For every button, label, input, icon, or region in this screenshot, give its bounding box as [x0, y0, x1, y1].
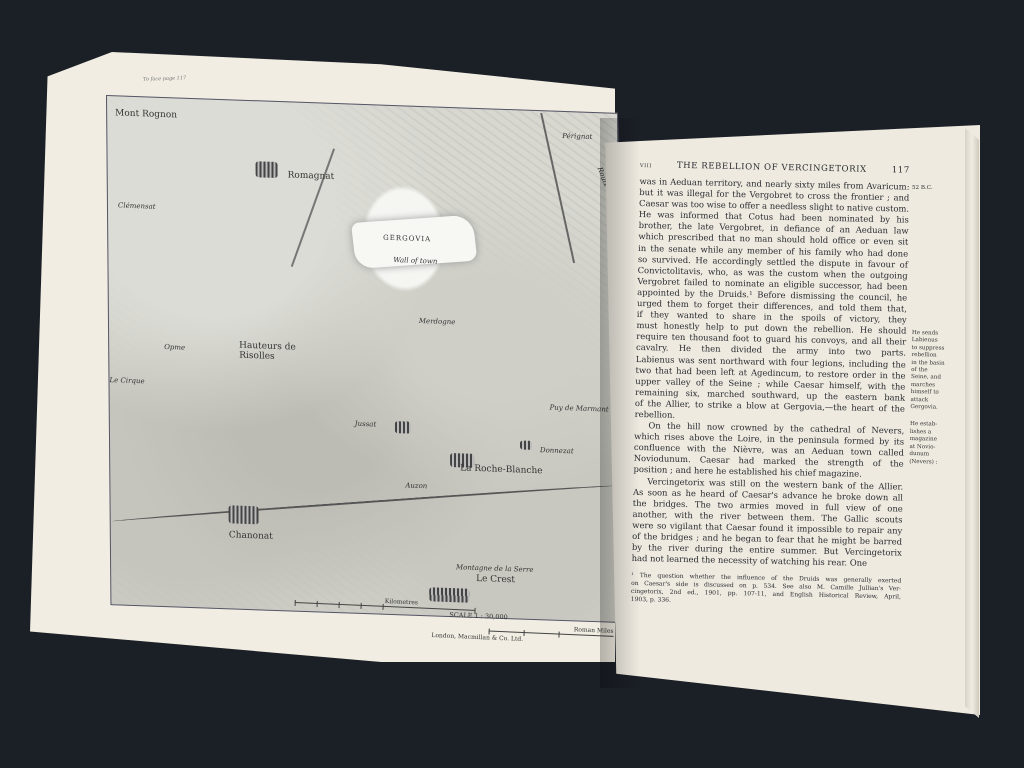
auzon-river: [112, 484, 619, 525]
stream: [291, 148, 335, 267]
label-auzon: Auzon: [405, 481, 427, 490]
label-donnezat: Donnezat: [540, 446, 574, 455]
label-clemensat: Clémensat: [118, 201, 156, 210]
town-icon: [429, 587, 469, 602]
chapter-mark: VIII: [640, 163, 652, 169]
label-le-cirque: Le Cirque: [109, 376, 144, 385]
label-mont-rognon: Mont Rognon: [115, 108, 177, 120]
page-number: 117: [892, 165, 910, 175]
margin-note: He estab-lishes amagazineat Novio-dunum(…: [909, 421, 960, 466]
label-la-roche-blanche: La Roche-Blanche: [460, 463, 543, 476]
body-text: was in Aeduan territory, and nearly sixt…: [632, 176, 910, 570]
label-le-crest: Le Crest: [476, 574, 515, 585]
margin-note-line: (Nevers) :: [909, 458, 959, 466]
scale-label: SCALE 1 : 30,000: [449, 611, 508, 622]
label-wall-of-town: Wall of town: [393, 256, 437, 266]
page-block-edge: [965, 128, 979, 718]
margin-date: 52 B.C.: [912, 185, 933, 191]
margin-notes: He sendsLabienusto suppressrebellionin t…: [909, 330, 962, 477]
label-hauteurs-de-risolles: Hauteurs de Risolles: [239, 341, 299, 363]
publisher-imprint: London, Macmillan & Co. Ltd.: [431, 632, 523, 643]
label-opme: Opme: [164, 343, 185, 352]
margin-note-line: Gergovia.: [910, 404, 960, 412]
footnote: ¹ The question whether the influence of …: [631, 572, 902, 610]
label-jussat: Jussat: [355, 420, 377, 429]
label-chanonat: Chanonat: [229, 530, 273, 542]
label-romagnat: Romagnat: [288, 170, 335, 182]
town-icon: [520, 440, 532, 449]
town-icon: [395, 421, 411, 434]
town-icon: [256, 161, 278, 178]
kilometres-label: Kilometres: [385, 598, 418, 606]
map-of-gergovia: Mont Rognon Romagnat Clémensat Pérignat …: [106, 95, 622, 623]
town-icon: [229, 505, 259, 524]
label-gergovia-plateau: GERGOVIA: [383, 234, 431, 244]
page-text-block: VIII THE REBELLION OF VERCINGETORIX 117 …: [631, 160, 910, 610]
label-merdogne: Merdogne: [419, 317, 456, 326]
label-perignat: Pérignat: [562, 132, 592, 141]
label-montagne-de-la-serre: Montagne de la Serre: [456, 563, 534, 574]
margin-note: He sendsLabienusto suppressrebellionin t…: [910, 330, 962, 412]
